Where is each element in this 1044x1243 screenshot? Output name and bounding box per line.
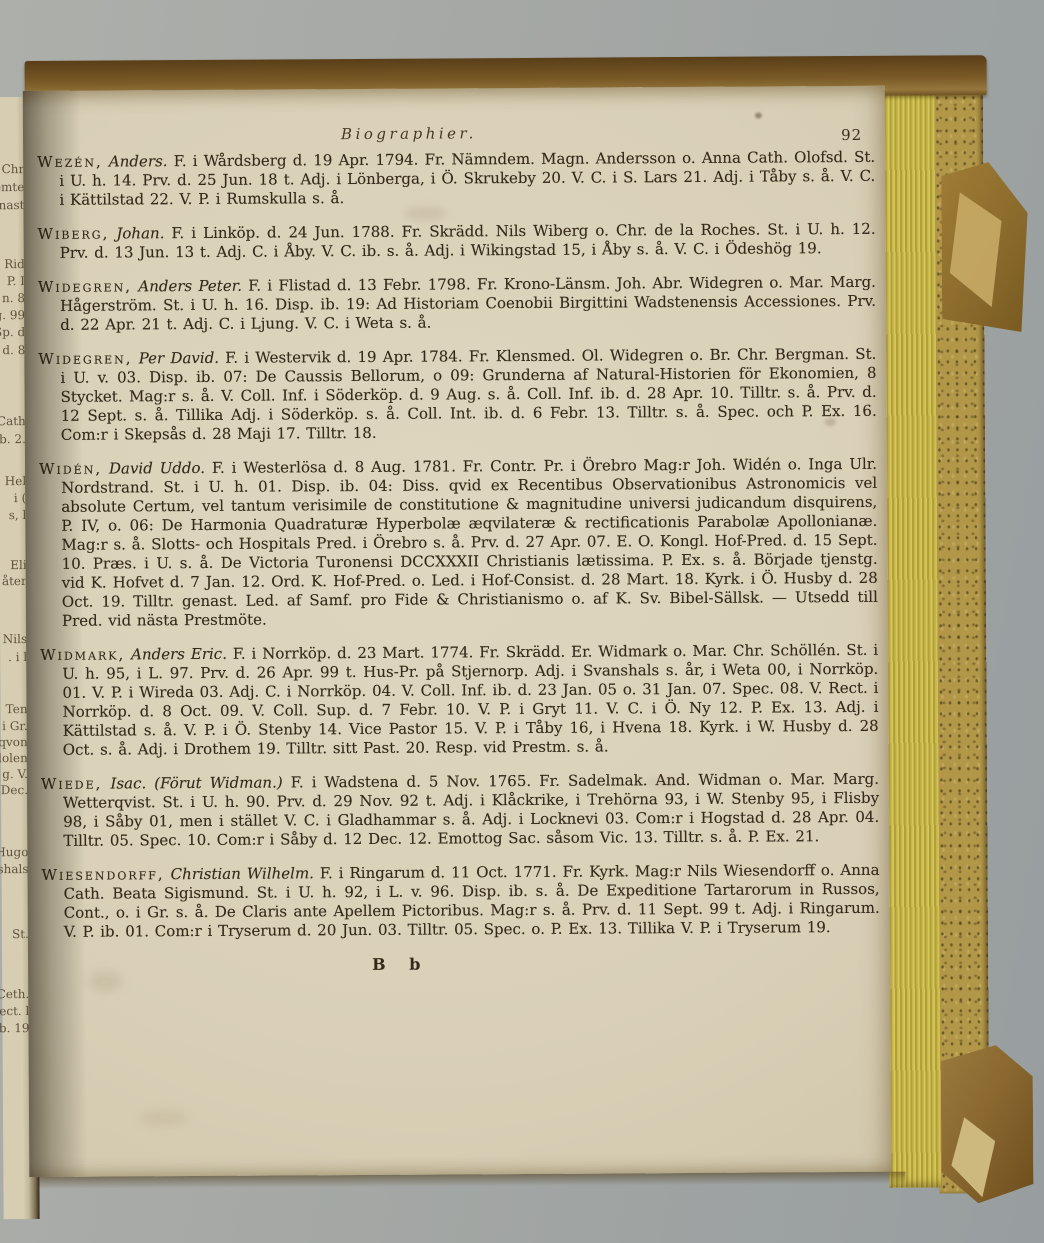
- page-fore-edge: [883, 65, 942, 1187]
- entry-surname: Wiberg,: [38, 225, 110, 243]
- showthrough-text-fragment: P. I: [7, 275, 25, 287]
- showthrough-text-fragment: b. 19: [0, 1022, 30, 1034]
- showthrough-text-fragment: i Gr.: [2, 720, 28, 732]
- showthrough-text-fragment: Sp. d: [0, 326, 25, 338]
- showthrough-text-fragment: Hugo: [0, 846, 28, 858]
- entry-given-name: Christian Wilhelm.: [171, 864, 314, 883]
- entry-surname: Widegren,: [38, 277, 132, 296]
- biography-entry: Wezén, Anders. F. i Wårdsberg d. 19 Apr.…: [37, 148, 875, 210]
- showthrough-text-fragment: Ceth.: [0, 988, 29, 1000]
- biography-entry: Widén, David Uddo. F. i Westerlösa d. 8 …: [39, 455, 878, 631]
- entry-body: F. i Westerlösa d. 8 Aug. 1781. Fr. Cont…: [61, 455, 878, 630]
- biography-entry: Wiberg, Johan. F. i Linköp. d. 24 Jun. 1…: [38, 220, 876, 263]
- printer-signature: B b: [372, 952, 880, 974]
- foxing-stain: [139, 1110, 189, 1126]
- showthrough-text-fragment: Eli: [10, 559, 27, 571]
- entry-surname: Widén,: [39, 460, 102, 478]
- showthrough-text-fragment: . i l: [8, 651, 27, 663]
- book: ChrrjemteonastRidP. In. 8g. 99Sp. dd. 8C…: [0, 0, 1044, 1243]
- book-page: Biographier. 92 Wezén, Anders. F. i Wård…: [23, 86, 892, 1177]
- showthrough-text-fragment: St.: [12, 928, 29, 940]
- entry-surname: Wezén,: [37, 153, 103, 171]
- showthrough-text-fragment: Rid: [4, 258, 25, 270]
- foxing-stain: [755, 113, 762, 119]
- biography-entry: Widegren, Per David. F. i Westervik d. 1…: [38, 345, 877, 445]
- showthrough-text-fragment: g. V.: [2, 768, 28, 780]
- showthrough-text-fragment: Nils: [3, 633, 27, 645]
- showthrough-text-fragment: b. 2.: [0, 433, 26, 445]
- entry-body: F. i Wårdsberg d. 19 Apr. 1794. Fr. Nämn…: [59, 148, 875, 209]
- showthrough-text-fragment: dolen: [0, 752, 28, 764]
- showthrough-text-fragment: Sect. l: [0, 1005, 29, 1017]
- showthrough-text-fragment: d. 8: [2, 344, 25, 356]
- entry-given-name: Anders Peter.: [138, 277, 242, 296]
- biography-entry: Wiesendorff, Christian Wilhelm. F. i Rin…: [41, 861, 879, 942]
- showthrough-text-fragment: nshals: [0, 863, 29, 875]
- entry-given-name: Johan.: [116, 224, 164, 242]
- showthrough-text-fragment: rjemte: [0, 181, 24, 193]
- showthrough-text-fragment: qvon: [0, 736, 28, 748]
- showthrough-text-fragment: Hel: [5, 475, 26, 487]
- entry-given-name: Anders.: [109, 152, 168, 170]
- entry-surname: Widegren,: [38, 349, 132, 368]
- biography-entry: Wiede, Isac. (Förut Widman.) F. i Wadste…: [41, 770, 879, 851]
- showthrough-text-fragment: s, l: [9, 509, 27, 521]
- page-number: 92: [841, 126, 862, 144]
- showthrough-text-fragment: åter: [2, 575, 27, 587]
- running-title: Biographier.: [341, 124, 477, 143]
- entry-surname: Wiesendorff,: [41, 865, 164, 884]
- showthrough-text-fragment: onast: [0, 199, 24, 211]
- text-block: Wezén, Anders. F. i Wårdsberg d. 19 Apr.…: [37, 148, 880, 976]
- showthrough-text-fragment: n. 8: [2, 292, 25, 304]
- entry-surname: Wiede,: [41, 775, 103, 793]
- showthrough-text-fragment: g. 99: [0, 309, 25, 321]
- entry-given-name: Anders Eric.: [131, 645, 227, 664]
- showthrough-text-fragment: Cath: [0, 415, 26, 427]
- entry-body: F. i Linköp. d. 24 Jun. 1788. Fr. Skrädd…: [60, 220, 876, 262]
- showthrough-text-fragment: Dec.: [1, 784, 28, 796]
- scanned-book-photo: { "page": { "running_title": "Biographie…: [0, 0, 1044, 1243]
- entry-given-name: Per David.: [139, 349, 219, 367]
- entry-surname: Widmark,: [40, 645, 125, 664]
- showthrough-text-fragment: Ten: [6, 703, 28, 715]
- biography-entry: Widmark, Anders Eric. F. i Norrköp. d. 2…: [40, 641, 879, 760]
- biography-entry: Widegren, Anders Peter. F. i Flistad d. …: [38, 273, 876, 335]
- entry-given-name: Isac. (Förut Widman.): [110, 773, 282, 792]
- showthrough-text-fragment: Chr: [2, 163, 25, 175]
- book-cover-corner-bottom: [941, 1045, 1034, 1204]
- entry-given-name: David Uddo.: [109, 459, 205, 478]
